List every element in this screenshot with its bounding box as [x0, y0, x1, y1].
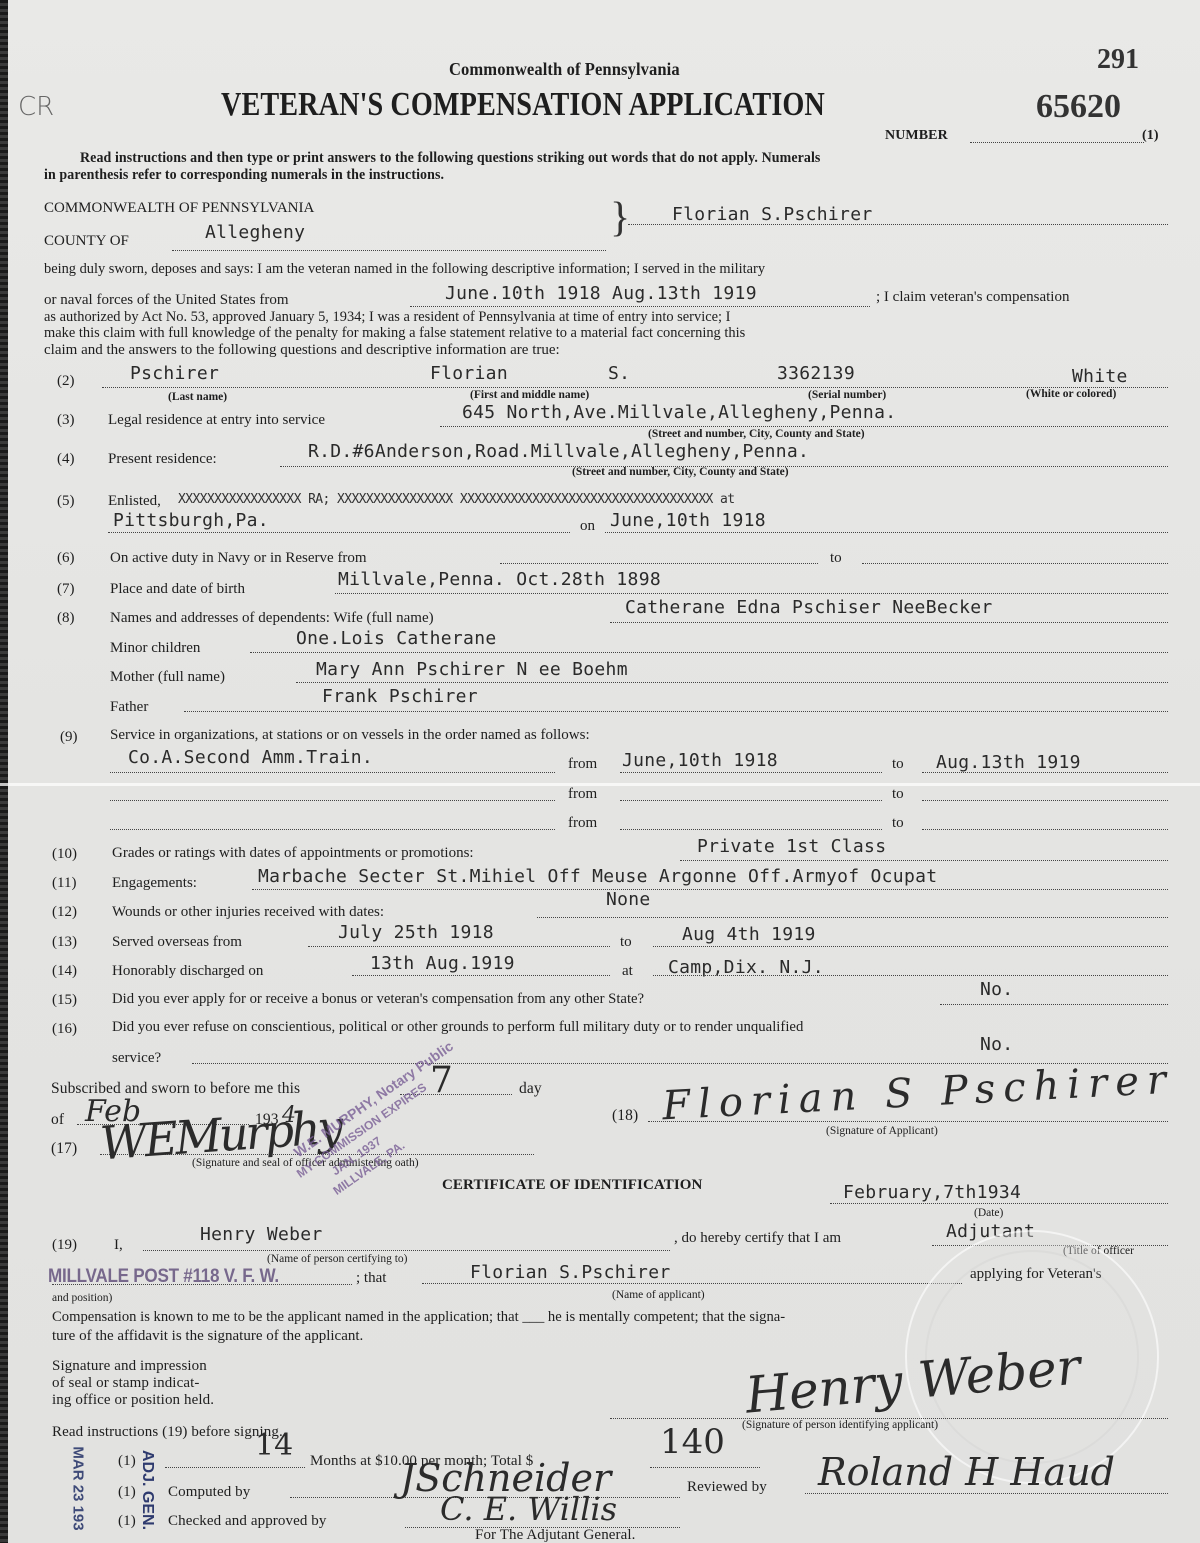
- q10-number: (10): [52, 846, 77, 863]
- q5-place-line: [108, 532, 570, 533]
- org-line[interactable]: [110, 800, 555, 801]
- q8-number: (8): [57, 610, 75, 627]
- grade[interactable]: Private 1st Class: [697, 836, 886, 857]
- computed-label: Computed by: [168, 1484, 250, 1501]
- refused-duty[interactable]: No.: [980, 1034, 1013, 1055]
- q3-number: (3): [57, 412, 75, 429]
- q3-label: Legal residence at entry into service: [108, 412, 325, 429]
- overseas-from[interactable]: July 25th 1918: [338, 922, 494, 943]
- q18-number: (18): [612, 1107, 638, 1125]
- day-label: day: [519, 1080, 542, 1098]
- months-count[interactable]: 14: [255, 1428, 293, 1463]
- q7-number: (7): [57, 581, 75, 598]
- position-stamp: MILLVALE POST #118 V. F. W.: [48, 1266, 279, 1288]
- q5-label: Enlisted,: [108, 493, 161, 510]
- q12-number: (12): [52, 904, 77, 921]
- total-amount[interactable]: 140: [660, 1422, 725, 1462]
- position-label: and position): [52, 1292, 112, 1304]
- q4-label: Present residence:: [108, 451, 217, 468]
- overseas-to-line: [653, 946, 1168, 947]
- q16-label-2: service?: [112, 1050, 161, 1067]
- office-row2-number: (1): [118, 1484, 136, 1501]
- certifier-name[interactable]: Henry Weber: [200, 1224, 323, 1245]
- received-stamp: MAR 23 193: [70, 1438, 90, 1543]
- cert-applicant-label: (Name of applicant): [612, 1289, 705, 1301]
- received-date-stamp: MAR 23 193: [70, 1446, 87, 1530]
- service-dates-line: [410, 306, 870, 307]
- service-to[interactable]: Aug.13th 1919: [936, 752, 1081, 773]
- engagements[interactable]: Marbache Secter St.Mihiel Off Meuse Argo…: [258, 866, 937, 887]
- q13-to-label: to: [620, 934, 632, 951]
- checked-label: Checked and approved by: [168, 1513, 327, 1530]
- margin-note: CR: [18, 92, 54, 122]
- org-line: [110, 772, 555, 773]
- scan-edge: [0, 0, 8, 1543]
- q12-label: Wounds or other injuries received with d…: [112, 904, 384, 921]
- race-label: (White or colored): [1026, 388, 1116, 400]
- county-label: COUNTY OF: [44, 233, 129, 250]
- from-label: from: [568, 815, 597, 832]
- date-label: (Date): [974, 1207, 1003, 1219]
- service-from[interactable]: June,10th 1918: [622, 750, 778, 771]
- application-form: 291 CR Commonwealth of Pennsylvania VETE…: [0, 0, 1200, 1543]
- mother-name[interactable]: Mary Ann Pschirer N ee Boehm: [316, 659, 628, 680]
- first-name-label: (First and middle name): [470, 389, 589, 401]
- q10-label: Grades or ratings with dates of appointm…: [112, 845, 474, 862]
- navy-to-line[interactable]: [862, 563, 1168, 564]
- other-state-bonus[interactable]: No.: [980, 979, 1013, 1000]
- q14-number: (14): [52, 963, 77, 980]
- q6-label: On active duty in Navy or in Reserve fro…: [110, 550, 367, 567]
- wounds[interactable]: None: [606, 889, 651, 910]
- wife-line: [610, 622, 1168, 623]
- overseas-to[interactable]: Aug 4th 1919: [682, 924, 816, 945]
- q6-to-label: to: [830, 550, 842, 567]
- q16-label: Did you ever refuse on conscientious, po…: [112, 1019, 803, 1036]
- first-name[interactable]: Florian: [430, 363, 508, 384]
- office-row3-number: (1): [118, 1513, 136, 1530]
- number-label: NUMBER: [885, 128, 948, 144]
- oath-line-5: claim and the answers to the following q…: [44, 342, 560, 359]
- cert-body-line-2: ture of the affidavit is the signature o…: [52, 1328, 363, 1345]
- q5-number: (5): [57, 493, 75, 510]
- file-number: 291: [1097, 44, 1139, 76]
- q7-line: [335, 593, 1168, 594]
- from-line[interactable]: [620, 829, 882, 830]
- oath-line-2-suffix: ; I claim veteran's compensation: [876, 289, 1069, 306]
- navy-from-line[interactable]: [500, 563, 818, 564]
- from-label: from: [568, 756, 597, 773]
- seal-note-2: of seal or stamp indicat-: [52, 1375, 199, 1392]
- number-ref: (1): [1142, 128, 1159, 144]
- enlistment-place[interactable]: Pittsburgh,Pa.: [113, 510, 269, 531]
- to-line[interactable]: [922, 800, 1168, 801]
- q2-line: [102, 387, 1168, 388]
- q9-label: Service in organizations, at stations or…: [110, 727, 590, 744]
- wife-name[interactable]: Catherane Edna Pschiser NeeBecker: [625, 597, 993, 618]
- certifier-line: [143, 1250, 670, 1251]
- discharge-date[interactable]: 13th Aug.1919: [370, 953, 515, 974]
- q15-line: [940, 1004, 1168, 1005]
- race[interactable]: White: [1072, 366, 1128, 387]
- cert-date-line: [830, 1203, 1168, 1204]
- discharge-date-line: [352, 975, 610, 976]
- to-label: to: [892, 815, 904, 832]
- total-line: [650, 1467, 760, 1468]
- q5-date-line: [605, 532, 1168, 533]
- oath-line-2-prefix: or naval forces of the United States fro…: [44, 292, 289, 309]
- q16-number: (16): [52, 1021, 77, 1038]
- cert-applicant-name[interactable]: Florian S.Pschirer: [470, 1262, 670, 1283]
- q6-number: (6): [57, 550, 75, 567]
- children-line: [250, 652, 1168, 653]
- mother-line: [296, 682, 1168, 683]
- enlistment-date[interactable]: June,10th 1918: [610, 510, 766, 531]
- serial-label: (Serial number): [808, 389, 886, 401]
- last-name[interactable]: Pschirer: [130, 363, 219, 384]
- cert-body-line-1: Compensation is known to me to be the ap…: [52, 1309, 785, 1326]
- certify-text: , do hereby certify that I am: [674, 1230, 841, 1247]
- to-label: to: [892, 786, 904, 803]
- oath-line-4: make this claim with full knowledge of t…: [44, 325, 745, 342]
- seal-note-1: Signature and impression: [52, 1358, 207, 1375]
- applicant-signature[interactable]: Florian S Pschirer: [661, 1057, 1175, 1130]
- q4-number: (4): [57, 451, 75, 468]
- checked-signature[interactable]: C. E. Willis: [440, 1490, 617, 1528]
- identifier-label: (Signature of person identifying applica…: [742, 1419, 938, 1431]
- q11-line: [252, 889, 1168, 890]
- q2-number: (2): [57, 373, 75, 390]
- instructions-line-1: Read instructions and then type or print…: [80, 150, 820, 167]
- department-stamp: ADJ. GEN.: [137, 1445, 155, 1540]
- birth-place-date[interactable]: Millvale,Penna. Oct.28th 1898: [338, 569, 661, 590]
- oath-line-3: as authorized by Act No. 53, approved Ja…: [44, 309, 730, 326]
- discharge-place[interactable]: Camp,Dix. N.J.: [668, 957, 824, 978]
- org-line[interactable]: [110, 829, 555, 830]
- from-label: from: [568, 786, 597, 803]
- children-label: Minor children: [110, 640, 200, 657]
- of-label: of: [51, 1111, 64, 1129]
- q5-on-label: on: [580, 518, 595, 535]
- from-line: [620, 772, 882, 773]
- service-dates[interactable]: June.10th 1918 Aug.13th 1919: [445, 283, 757, 304]
- middle-initial[interactable]: S.: [608, 363, 630, 384]
- paper-fold: [0, 783, 1200, 786]
- present-residence[interactable]: R.D.#6Anderson,Road.Millvale,Allegheny,P…: [308, 441, 809, 462]
- form-subtitle: Commonwealth of Pennsylvania: [449, 59, 680, 80]
- applicant-name-line: [422, 1283, 962, 1284]
- q13-label: Served overseas from: [112, 934, 242, 951]
- mother-label: Mother (full name): [110, 669, 225, 686]
- q3-sublabel: (Street and number, City, County and Sta…: [648, 428, 865, 440]
- reviewed-label: Reviewed by: [687, 1479, 767, 1496]
- q14-label: Honorably discharged on: [112, 963, 263, 980]
- q12-line: [537, 917, 1168, 918]
- father-name[interactable]: Frank Pschirer: [322, 686, 478, 707]
- service-org[interactable]: Co.A.Second Amm.Train.: [128, 747, 373, 768]
- q17-number: (17): [51, 1140, 77, 1158]
- to-label: to: [892, 756, 904, 773]
- q3-line: [440, 426, 1168, 427]
- q19-number: (19): [52, 1237, 77, 1254]
- certificate-title: CERTIFICATE OF IDENTIFICATION: [442, 1177, 702, 1194]
- number-line: [970, 142, 1144, 143]
- q10-line: [680, 860, 1168, 861]
- overseas-from-line: [308, 946, 610, 947]
- father-line: [184, 711, 1168, 712]
- q7-label: Place and date of birth: [110, 581, 245, 598]
- affiant-name[interactable]: Florian S.Pschirer: [672, 204, 872, 225]
- cert-date[interactable]: February,7th1934: [843, 1182, 1021, 1203]
- office-footer: For The Adjutant General.: [475, 1527, 636, 1543]
- county-value[interactable]: Allegheny: [205, 222, 305, 243]
- q11-label: Engagements:: [112, 875, 197, 892]
- oath-line-1: being duly sworn, deposes and says: I am…: [44, 261, 765, 278]
- q15-label: Did you ever apply for or receive a bonu…: [112, 991, 644, 1008]
- reviewed-signature[interactable]: Roland H Haud: [818, 1450, 1115, 1494]
- legal-residence[interactable]: 645 North,Ave.Millvale,Allegheny,Penna.: [462, 402, 896, 423]
- q15-number: (15): [52, 992, 77, 1009]
- father-label: Father: [110, 699, 148, 716]
- application-number: 65620: [1036, 88, 1121, 126]
- serial-number[interactable]: 3362139: [777, 363, 855, 384]
- instructions-line-2: in parenthesis refer to corresponding nu…: [44, 167, 444, 184]
- brace: }: [610, 194, 630, 242]
- minor-children[interactable]: One.Lois Catherane: [296, 628, 496, 649]
- commonwealth-label: COMMONWEALTH OF PENNSYLVANIA: [44, 200, 314, 217]
- q4-sublabel: (Street and number, City, County and Sta…: [572, 466, 789, 478]
- struck-out-options: XXXXXXXXXXXXXXXXX RA; XXXXXXXXXXXXXXXX X…: [178, 492, 734, 507]
- months-line: [165, 1467, 305, 1468]
- seal-note-3: ing office or position held.: [52, 1392, 214, 1409]
- form-title: VETERAN'S COMPENSATION APPLICATION: [221, 86, 825, 124]
- applicant-signature-label: (Signature of Applicant): [826, 1125, 938, 1137]
- county-line: [172, 250, 606, 251]
- certifier-label: (Name of person certifying to): [267, 1253, 408, 1265]
- from-line[interactable]: [620, 800, 882, 801]
- q9-number: (9): [60, 729, 78, 746]
- q13-number: (13): [52, 934, 77, 951]
- q8-label: Names and addresses of dependents: Wife …: [110, 610, 434, 627]
- q14-at-label: at: [622, 963, 633, 980]
- i-label: I,: [114, 1237, 123, 1254]
- q11-number: (11): [52, 875, 76, 892]
- that-label: ; that: [356, 1270, 386, 1287]
- last-name-label: (Last name): [168, 391, 227, 403]
- department-stamp-text: ADJ. GEN.: [138, 1450, 156, 1530]
- to-line[interactable]: [922, 829, 1168, 830]
- office-row1-number: (1): [118, 1453, 136, 1470]
